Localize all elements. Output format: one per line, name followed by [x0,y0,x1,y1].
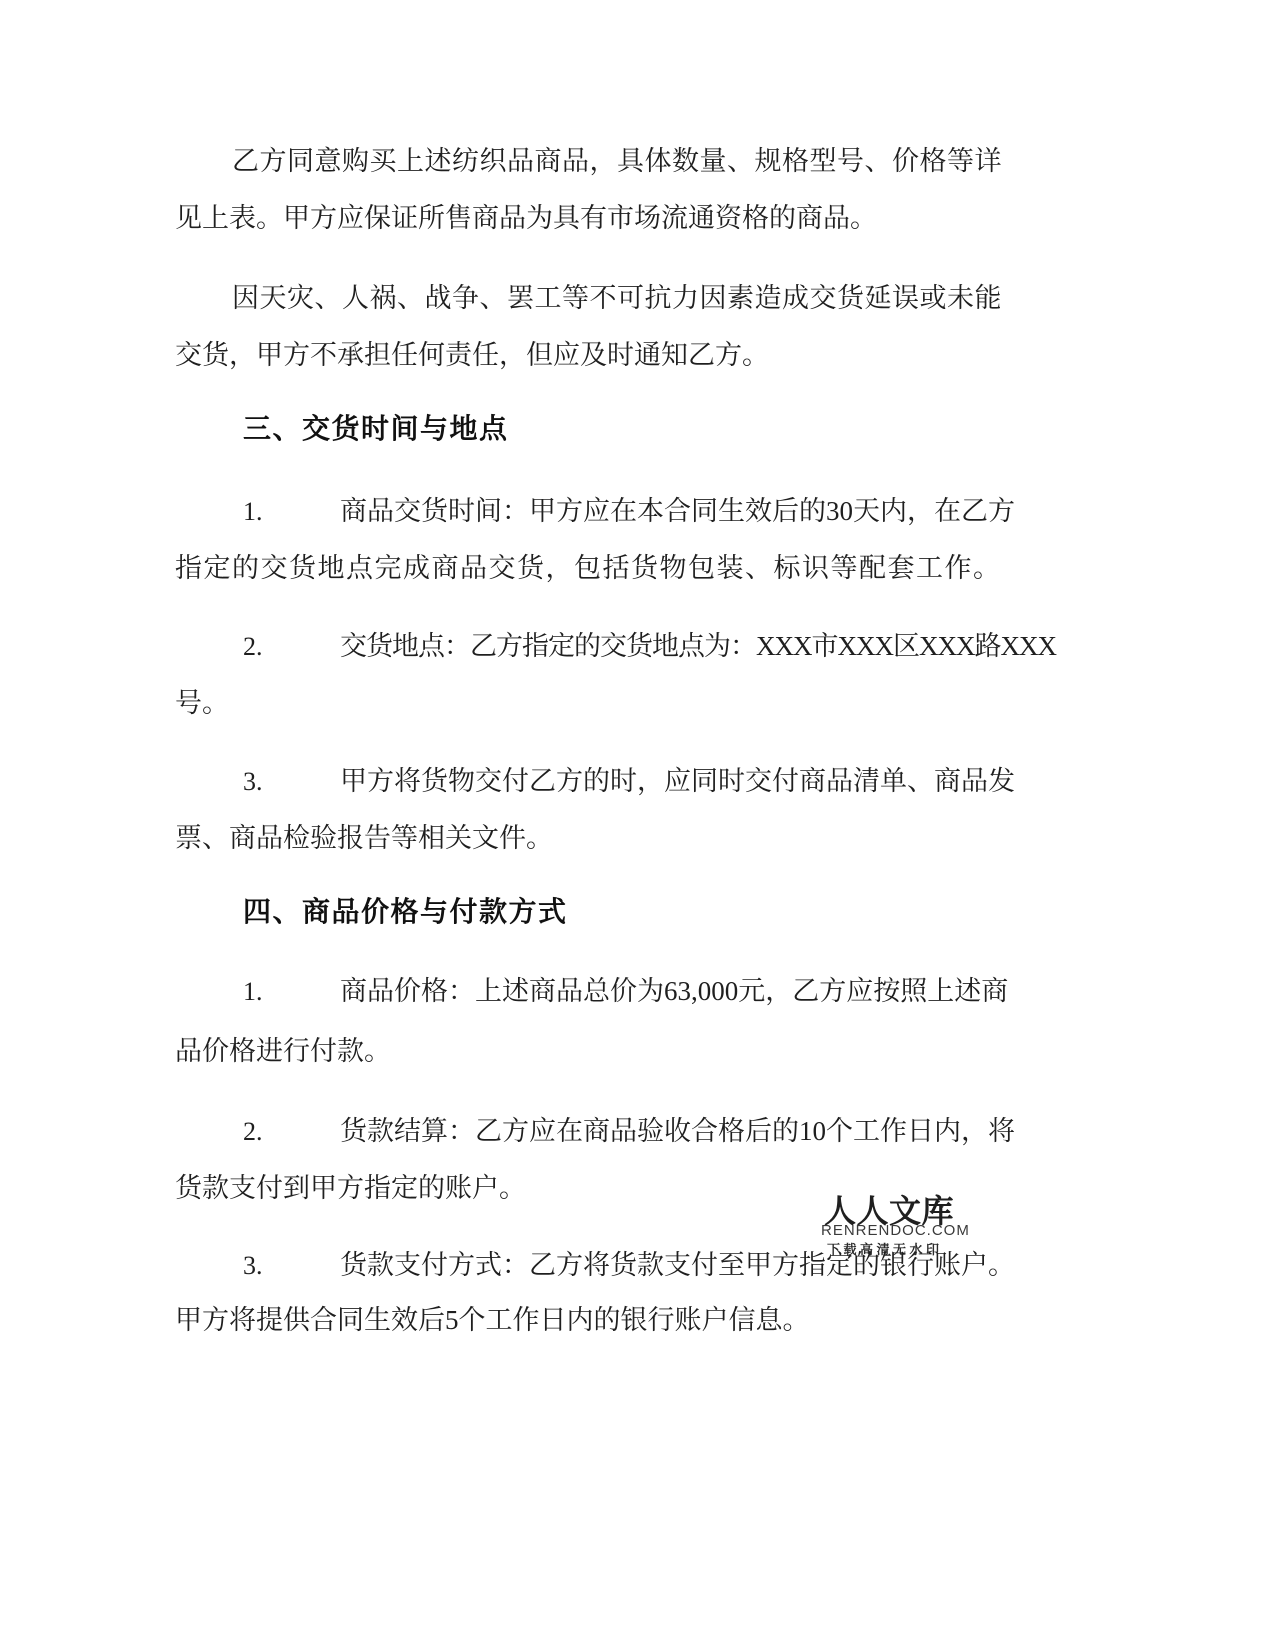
list-item-text: 商品价格：上述商品总价为63,000元，乙方应按照上述商 [340,976,1008,1007]
paragraph-text: 乙方同意购买上述纺织品商品，具体数量、规格型号、价格等详 [232,146,1002,177]
list-item-text: 票、商品检验报告等相关文件。 [175,823,553,854]
watermark-site: RENRENDOC.COM [821,1222,970,1239]
list-item-number: 1. [243,497,263,527]
list-item-text: 货款支付方式：乙方将货款支付至甲方指定的银行账户。 [340,1250,1015,1281]
list-item-text: 货款支付到甲方指定的账户。 [175,1173,526,1204]
list-item-text: 号。 [175,688,229,719]
paragraph-text: 交货，甲方不承担任何责任，但应及时通知乙方。 [175,340,769,371]
list-item-number: 3. [243,767,263,797]
list-item-number: 2. [243,1117,263,1147]
list-item-text: 指定的交货地点完成商品交货，包括货物包装、标识等配套工作。 [175,553,1002,584]
paragraph-text: 因天灾、人祸、战争、罢工等不可抗力因素造成交货延误或未能 [232,283,1002,314]
list-item-number: 3. [243,1251,263,1281]
paragraph-text: 见上表。甲方应保证所售商品为具有市场流通资格的商品。 [175,203,877,234]
list-item-text: 甲方将提供合同生效后5个工作日内的银行账户信息。 [175,1305,810,1336]
list-item-number: 2. [243,632,263,662]
list-item-text: 商品交货时间：甲方应在本合同生效后的30天内，在乙方 [340,496,1015,527]
list-item-text: 品价格进行付款。 [175,1036,391,1067]
section-heading: 三、交货时间与地点 [243,414,509,446]
list-item-text: 甲方将货物交付乙方的时，应同时交付商品清单、商品发 [340,766,1015,797]
list-item-text: 交货地点：乙方指定的交货地点为：XXX市XXX区XXX路XXX [340,631,1056,662]
list-item-text: 货款结算：乙方应在商品验收合格后的10个工作日内，将 [340,1116,1015,1147]
document-page: 乙方同意购买上述纺织品商品，具体数量、规格型号、价格等详 见上表。甲方应保证所售… [0,0,1275,1650]
list-item-number: 1. [243,977,263,1007]
section-heading: 四、商品价格与付款方式 [243,897,568,929]
